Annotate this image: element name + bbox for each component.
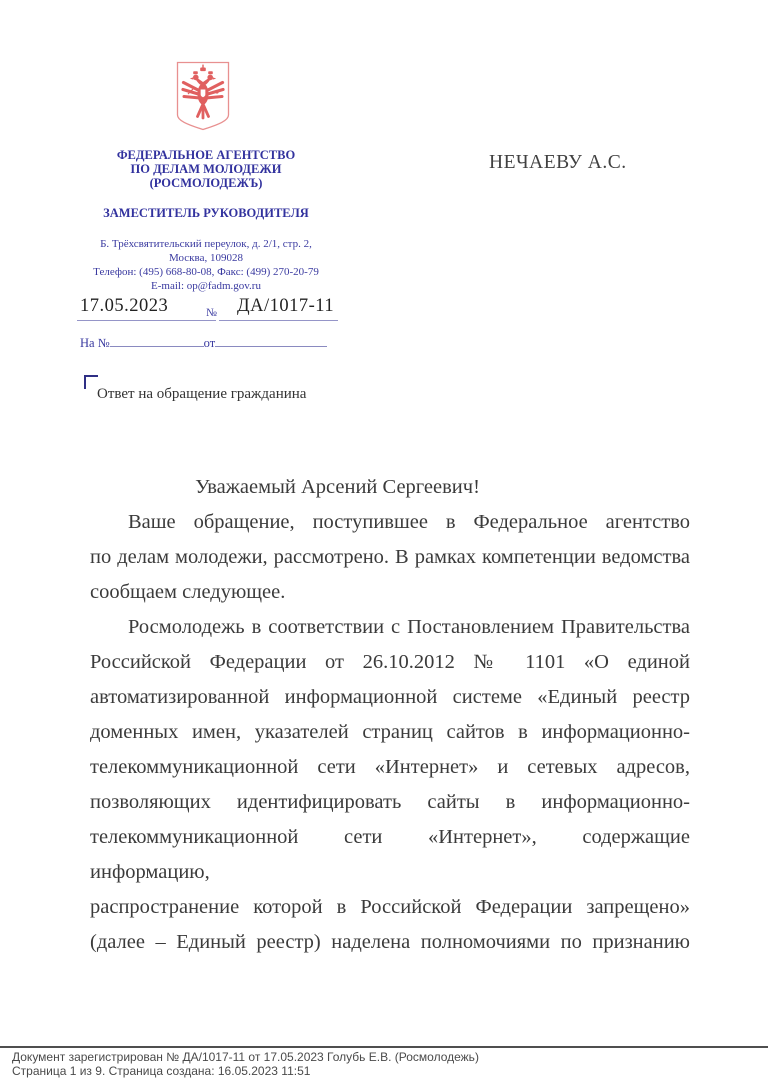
number-ruling-line (219, 320, 338, 321)
body-line: распространение которой в Российской Фед… (90, 890, 690, 925)
date-ruling-line (77, 320, 216, 321)
agency-address-street: Б. Трёхсвятительский переулок, д. 2/1, с… (58, 237, 354, 251)
body-line: автоматизированной информационной систем… (90, 680, 690, 715)
letter-subject: Ответ на обращение гражданина (97, 386, 306, 403)
agency-name-line2: ПО ДЕЛАМ МОЛОДЕЖИ (58, 162, 354, 176)
corner-bracket-mark (84, 375, 98, 389)
coat-of-arms-icon (176, 61, 230, 132)
footer-divider (0, 1046, 768, 1048)
body-line: по делам молодежи, рассмотрено. В рамках… (90, 540, 690, 575)
document-page: ФЕДЕРАЛЬНОЕ АГЕНТСТВО ПО ДЕЛАМ МОЛОДЕЖИ … (0, 0, 768, 1087)
addressee-name: НЕЧАЕВУ А.С. (489, 152, 627, 174)
body-line: доменных имен, указателей страниц сайтов… (90, 715, 690, 750)
registration-info: Документ зарегистрирован № ДА/1017-11 от… (12, 1051, 479, 1065)
agency-name: ФЕДЕРАЛЬНОЕ АГЕНТСТВО ПО ДЕЛАМ МОЛОДЕЖИ … (58, 148, 354, 190)
agency-phone-fax: Телефон: (495) 668-80-08, Факс: (499) 27… (58, 265, 354, 279)
body-line: (далее – Единый реестр) наделена полномо… (90, 925, 690, 960)
body-line: Ваше обращение, поступившее в Федерально… (90, 505, 690, 540)
body-line: телекоммуникационной сети «Интернет», со… (90, 820, 690, 890)
agency-name-line1: ФЕДЕРАЛЬНОЕ АГЕНТСТВО (58, 148, 354, 162)
registration-stamp: Документ зарегистрирован № ДА/1017-11 от… (12, 1051, 479, 1078)
letter-body: Уважаемый Арсений Сергеевич! Ваше обраще… (90, 470, 690, 960)
salutation: Уважаемый Арсений Сергеевич! (90, 470, 690, 505)
body-line: Росмолодежь в соответствии с Постановлен… (90, 610, 690, 645)
body-line: телекоммуникационной сети «Интернет» и с… (90, 750, 690, 785)
body-line: Российской Федерации от 26.10.2012 № 110… (90, 645, 690, 680)
letter-number: ДА/1017-11 (237, 296, 334, 317)
letter-date: 17.05.2023 (80, 296, 168, 317)
body-line: сообщаем следующее. (90, 575, 690, 610)
signer-position-title: ЗАМЕСТИТЕЛЬ РУКОВОДИТЕЛЯ (58, 206, 354, 221)
reply-date-blank (215, 333, 327, 347)
agency-address-city: Москва, 109028 (58, 251, 354, 265)
reply-number-blank (110, 333, 204, 347)
body-line: позволяющих идентифицировать сайты в инф… (90, 785, 690, 820)
reply-reference-row: На №от (80, 333, 327, 351)
agency-contacts: Б. Трёхсвятительский переулок, д. 2/1, с… (58, 237, 354, 293)
agency-name-line3: (РОСМОЛОДЕЖЪ) (58, 176, 354, 190)
reply-prefix-label: На № (80, 336, 110, 350)
reply-from-label: от (204, 336, 216, 350)
number-sign: № (206, 307, 217, 319)
page-info: Страница 1 из 9. Страница создана: 16.05… (12, 1065, 479, 1079)
agency-email: E-mail: op@fadm.gov.ru (58, 279, 354, 293)
